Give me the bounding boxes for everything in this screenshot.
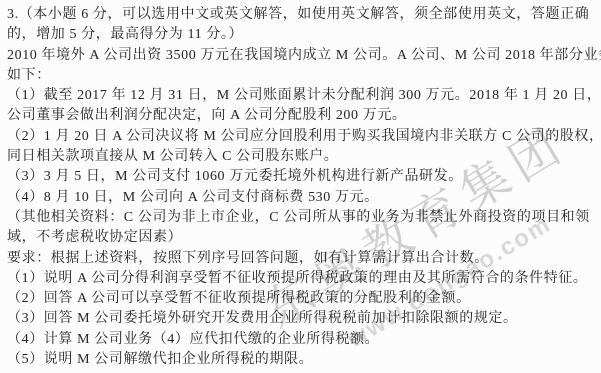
- text-line: （1）说明 A 公司分得利润享受暂不征收预提所得税政策的理由及其所需符合的条件特…: [7, 269, 595, 289]
- text-line: （4）计算 M 公司业务（4）应代扣代缴的企业所得税额。: [7, 330, 595, 350]
- text-line: （2）回答 A 公司可以享受暂不征收预提所得税政策的分配股利的金额。: [7, 289, 595, 309]
- text-line: 要求：根据上述资料，按照下列序号回答问题，如有计算需计算出合计数。: [7, 249, 595, 269]
- document-text: 3.（本小题 6 分，可以选用中文或英文解答，如使用英文解答，须全部使用英文，答…: [0, 0, 601, 370]
- text-line: （3）回答 M 公司委托境外研究开发费用企业所得税税前加计扣除限额的规定。: [7, 309, 595, 329]
- text-line: 同日相关款项直接从 M 公司转入 C 公司股东账户。: [7, 147, 595, 167]
- text-line: 如下：: [7, 66, 595, 86]
- document-page: 东奥教育集团 www.dongao.com 3.（本小题 6 分，可以选用中文或…: [0, 0, 601, 373]
- text-line: 域，不考虑税收协定因素）: [7, 228, 595, 248]
- text-line: 公司董事会做出利润分配决定，向 A 公司分配股利 200 万元。: [7, 106, 595, 126]
- text-line: （5）说明 M 公司解缴代扣企业所得税的期限。: [7, 350, 595, 370]
- text-line: 的，增加 5 分，最高得分为 11 分。）: [7, 25, 595, 45]
- text-line: （2）1 月 20 日 A 公司决议将 M 公司应分回股利用于购买我国境内非关联…: [7, 127, 595, 147]
- text-line: （1）截至 2017 年 12 月 31 日，M 公司账面累计未分配利润 300…: [7, 86, 595, 106]
- text-line: （其他相关资料：C 公司为非上市企业，C 公司所从事的业务为非禁止外商投资的项目…: [7, 208, 595, 228]
- text-line: 3.（本小题 6 分，可以选用中文或英文解答，如使用英文解答，须全部使用英文，答…: [7, 5, 595, 25]
- text-line: 2010 年境外 A 公司出资 3500 万元在我国境内成立 M 公司。A 公司…: [7, 46, 595, 66]
- text-line: （4）8 月 10 日，M 公司向 A 公司支付商标费 530 万元。: [7, 188, 595, 208]
- text-line: （3）3 月 5 日，M 公司支付 1060 万元委托境外机构进行新产品研发。: [7, 167, 595, 187]
